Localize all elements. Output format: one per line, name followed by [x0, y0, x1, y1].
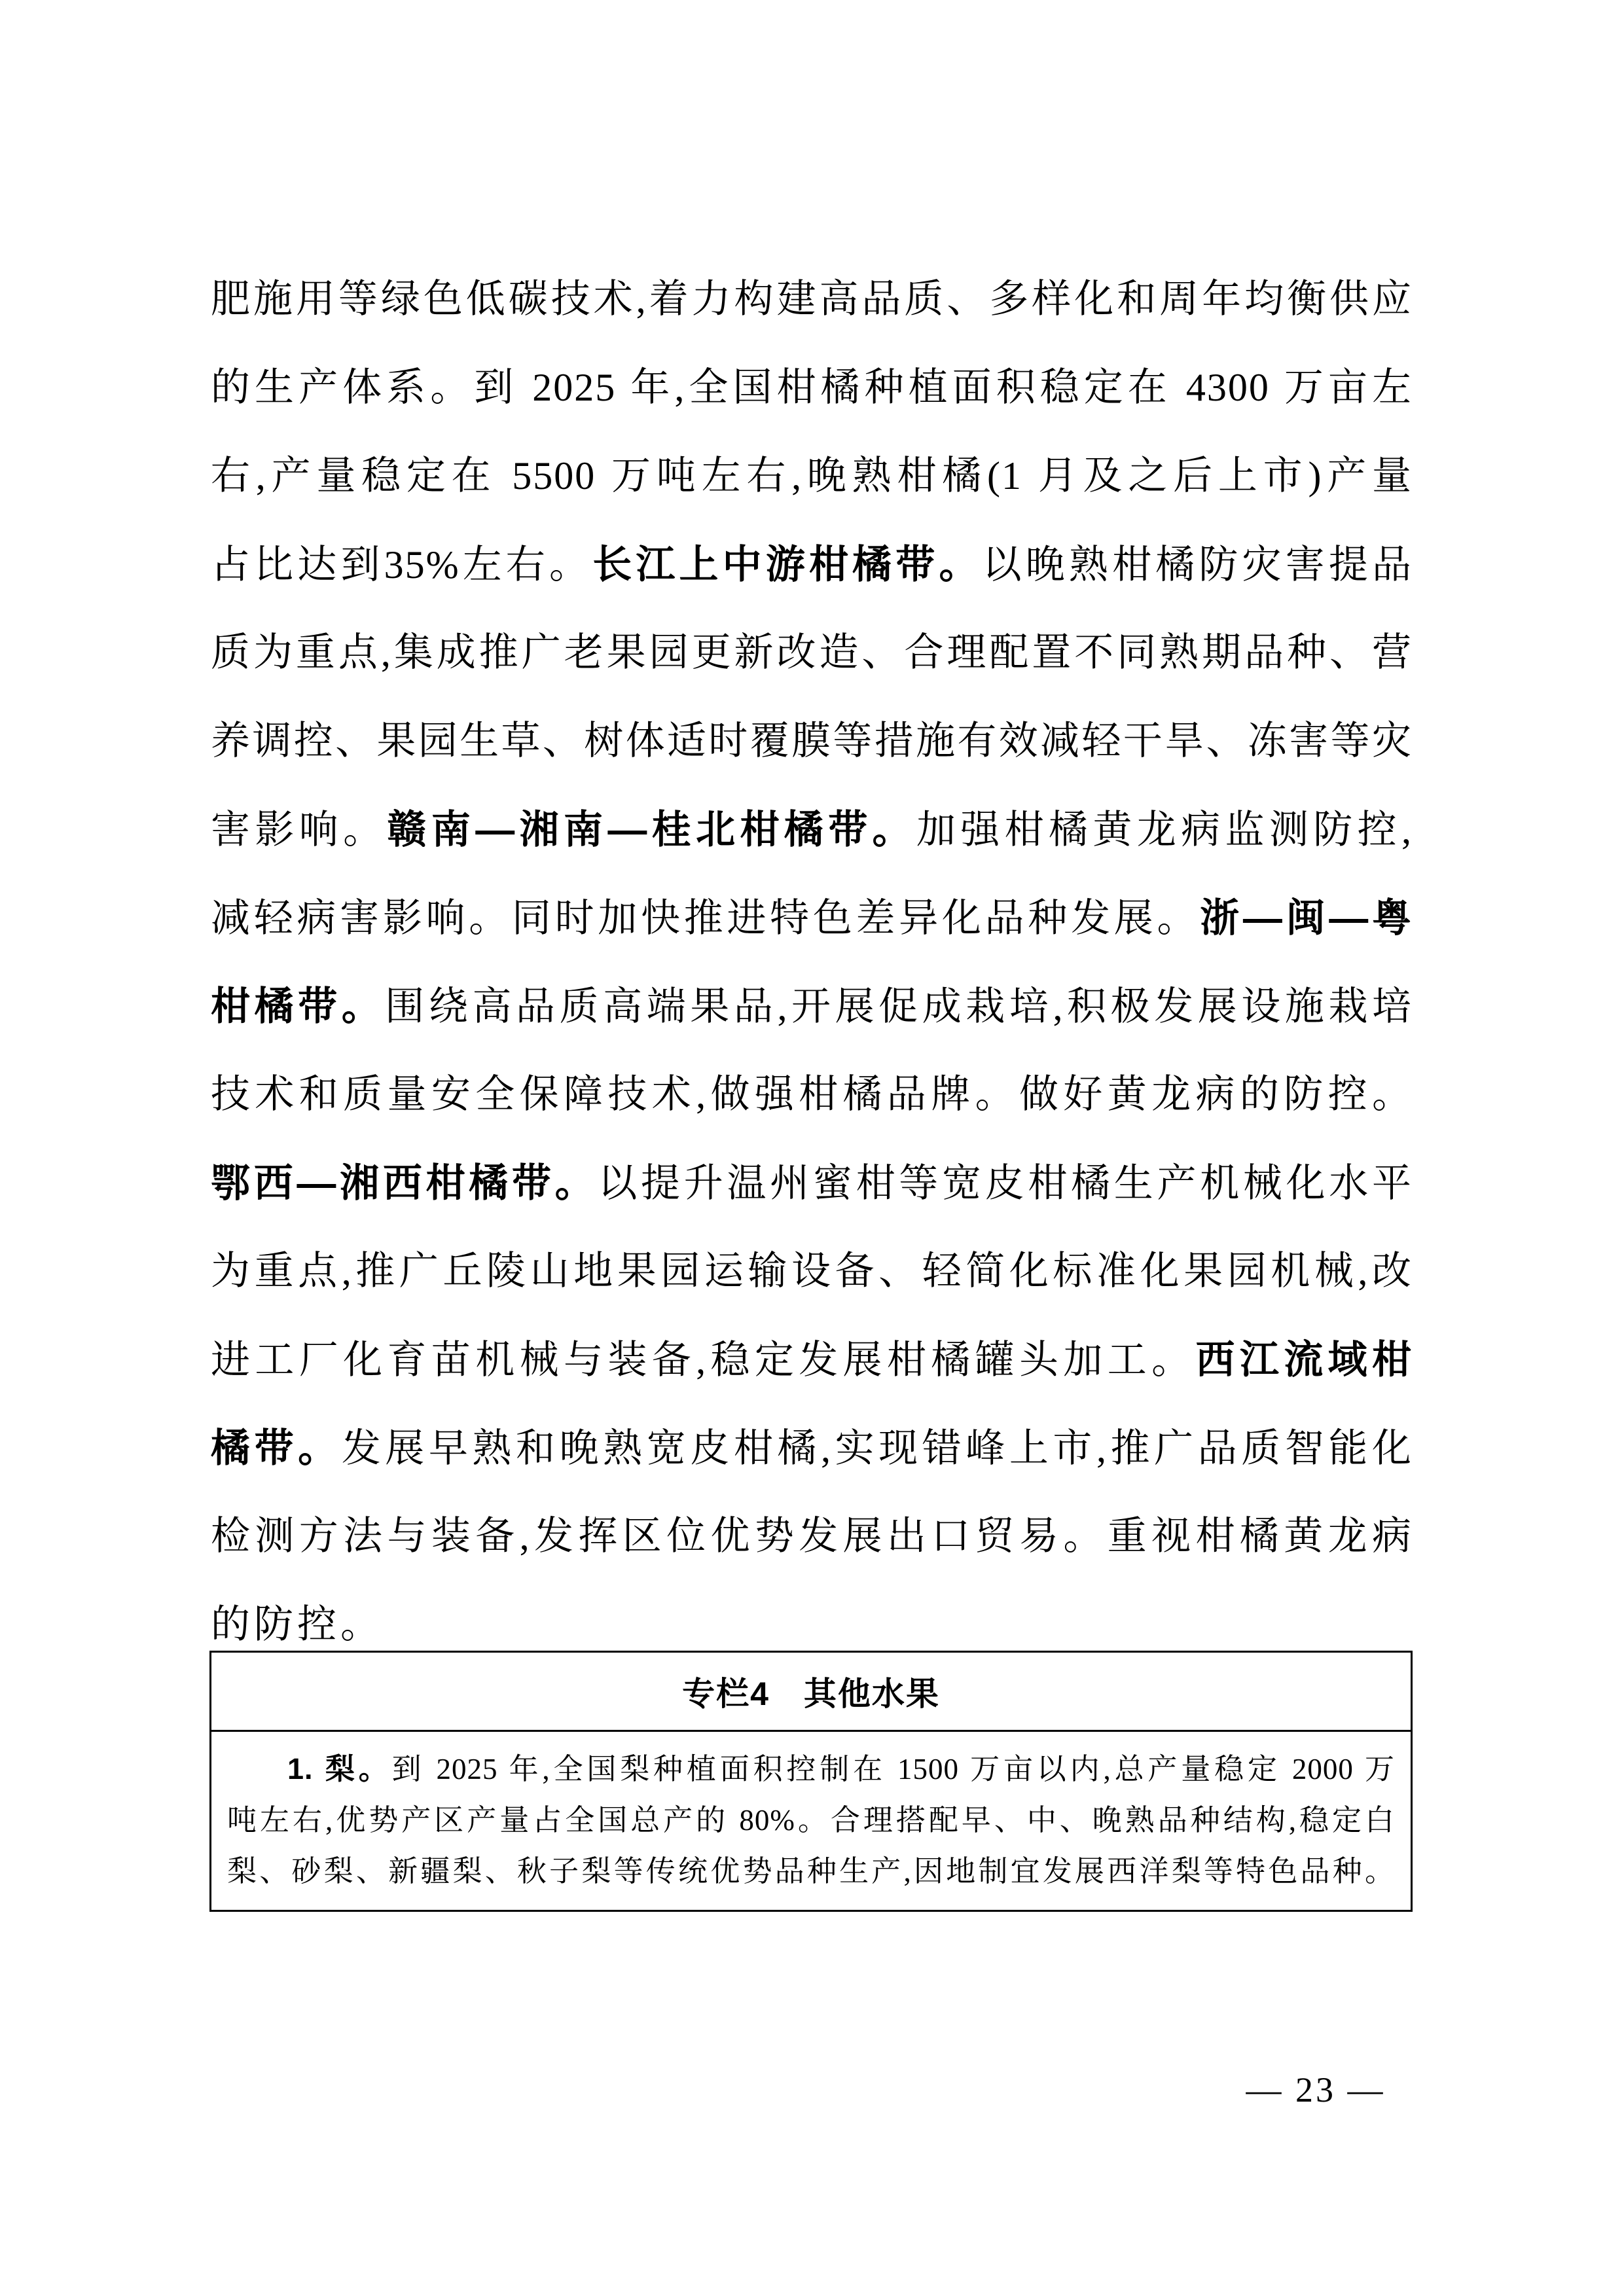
text-line: 进工厂化育苗机械与装备,稳定发展柑橘罐头加工。西江流域柑 — [211, 1316, 1413, 1404]
text-line: 减轻病害影响。同时加快推进特色差异化品种发展。浙—闽—粤 — [211, 874, 1413, 962]
bold-band-name: 赣南—湘南—桂北柑橘带。 — [387, 808, 916, 852]
text-line: 的生产体系。到 2025 年,全国柑橘种植面积稳定在 4300 万亩左 — [211, 344, 1413, 432]
text-segment: 减轻病害影响。同时加快推进特色差异化品种发展。 — [211, 897, 1200, 940]
text-segment: 占比达到35%左右。 — [211, 543, 592, 586]
text-segment: 质为重点,集成推广老果园更新改造、合理配置不同熟期品种、营 — [211, 631, 1413, 674]
bold-band-name: 鄂西—湘西柑橘带。 — [211, 1161, 598, 1205]
bold-band-name: 西江流域柑 — [1196, 1338, 1413, 1382]
text-line: 梨、砂梨、新疆梨、秋子梨等传统优势品种生产,因地制宜发展西洋梨等特色品种。 — [227, 1846, 1395, 1897]
text-segment: 以晚熟柑橘防灾害提品 — [983, 543, 1413, 586]
text-segment: 进工厂化育苗机械与装备,稳定发展柑橘罐头加工。 — [211, 1338, 1196, 1382]
text-segment: 以提升温州蜜柑等宽皮柑橘生产机械化水平 — [598, 1162, 1413, 1205]
bold-band-name: 1. 梨。 — [287, 1752, 392, 1785]
text-line: 柑橘带。围绕高品质高端果品,开展促成栽培,积极发展设施栽培 — [211, 962, 1413, 1050]
text-segment: 养调控、果园生草、树体适时覆膜等措施有效减轻干旱、冻害等灾 — [211, 719, 1413, 762]
text-segment: 的生产体系。到 2025 年,全国柑橘种植面积稳定在 4300 万亩左 — [211, 366, 1413, 409]
column-box-title: 专栏4 其他水果 — [682, 1668, 940, 1715]
text-line: 肥施用等绿色低碳技术,着力构建高品质、多样化和周年均衡供应 — [211, 255, 1413, 344]
text-line: 右,产量稳定在 5500 万吨左右,晚熟柑橘(1 月及之后上市)产量 — [211, 432, 1413, 520]
text-segment: 害影响。 — [211, 808, 387, 852]
column-box: 专栏4 其他水果 1. 梨。到 2025 年,全国梨种植面积控制在 1500 万… — [209, 1651, 1413, 1912]
text-line: 质为重点,集成推广老果园更新改造、合理配置不同熟期品种、营 — [211, 609, 1413, 697]
text-segment: 梨、砂梨、新疆梨、秋子梨等传统优势品种生产,因地制宜发展西洋梨等特色品种。 — [227, 1855, 1395, 1888]
text-segment: 围绕高品质高端果品,开展促成栽培,积极发展设施栽培 — [385, 985, 1413, 1028]
text-segment: 加强柑橘黄龙病监测防控, — [916, 808, 1413, 852]
text-segment: 的防控。 — [211, 1603, 384, 1646]
text-line: 养调控、果园生草、树体适时覆膜等措施有效减轻干旱、冻害等灾 — [211, 697, 1413, 785]
document-page: { "colors": { "background": "#ffffff", "… — [0, 0, 1624, 2296]
column-box-header: 专栏4 其他水果 — [211, 1653, 1411, 1732]
bold-band-name: 浙—闽—粤 — [1200, 896, 1413, 940]
column-box-body: 1. 梨。到 2025 年,全国梨种植面积控制在 1500 万亩以内,总产量稳定… — [211, 1732, 1411, 1910]
text-segment: 技术和质量安全保障技术,做强柑橘品牌。做好黄龙病的防控。 — [211, 1073, 1413, 1116]
text-segment: 右,产量稳定在 5500 万吨左右,晚熟柑橘(1 月及之后上市)产量 — [211, 454, 1413, 497]
text-segment: 发展早熟和晚熟宽皮柑橘,实现错峰上市,推广品质智能化 — [342, 1427, 1413, 1470]
page-number: — 23 — — [1218, 2067, 1414, 2113]
text-line: 鄂西—湘西柑橘带。以提升温州蜜柑等宽皮柑橘生产机械化水平 — [211, 1139, 1413, 1227]
text-line: 1. 梨。到 2025 年,全国梨种植面积控制在 1500 万亩以内,总产量稳定… — [227, 1744, 1395, 1795]
text-line: 检测方法与装备,发挥区位优势发展出口贸易。重视柑橘黄龙病 — [211, 1492, 1413, 1581]
text-line: 橘带。发展早熟和晚熟宽皮柑橘,实现错峰上市,推广品质智能化 — [211, 1404, 1413, 1492]
bold-band-name: 橘带。 — [211, 1426, 342, 1470]
text-segment: 为重点,推广丘陵山地果园运输设备、轻简化标准化果园机械,改 — [211, 1249, 1413, 1293]
text-segment: 吨左右,优势产区产量占全国总产的 80%。合理搭配早、中、晚熟品种结构,稳定白 — [227, 1804, 1395, 1837]
text-line: 害影响。赣南—湘南—桂北柑橘带。加强柑橘黄龙病监测防控, — [211, 785, 1413, 874]
text-segment: 肥施用等绿色低碳技术,着力构建高品质、多样化和周年均衡供应 — [211, 278, 1413, 321]
text-segment: 到 2025 年,全国梨种植面积控制在 1500 万亩以内,总产量稳定 2000… — [392, 1753, 1395, 1785]
text-segment: 检测方法与装备,发挥区位优势发展出口贸易。重视柑橘黄龙病 — [211, 1515, 1413, 1558]
text-line: 占比达到35%左右。长江上中游柑橘带。以晚熟柑橘防灾害提品 — [211, 520, 1413, 609]
text-line: 吨左右,优势产区产量占全国总产的 80%。合理搭配早、中、晚熟品种结构,稳定白 — [227, 1795, 1395, 1846]
text-line: 技术和质量安全保障技术,做强柑橘品牌。做好黄龙病的防控。 — [211, 1050, 1413, 1139]
bold-band-name: 长江上中游柑橘带。 — [592, 543, 982, 586]
bold-band-name: 柑橘带。 — [211, 984, 385, 1028]
body-text-block: 肥施用等绿色低碳技术,着力构建高品质、多样化和周年均衡供应的生产体系。到 202… — [211, 255, 1413, 1669]
text-line: 为重点,推广丘陵山地果园运输设备、轻简化标准化果园机械,改 — [211, 1227, 1413, 1316]
